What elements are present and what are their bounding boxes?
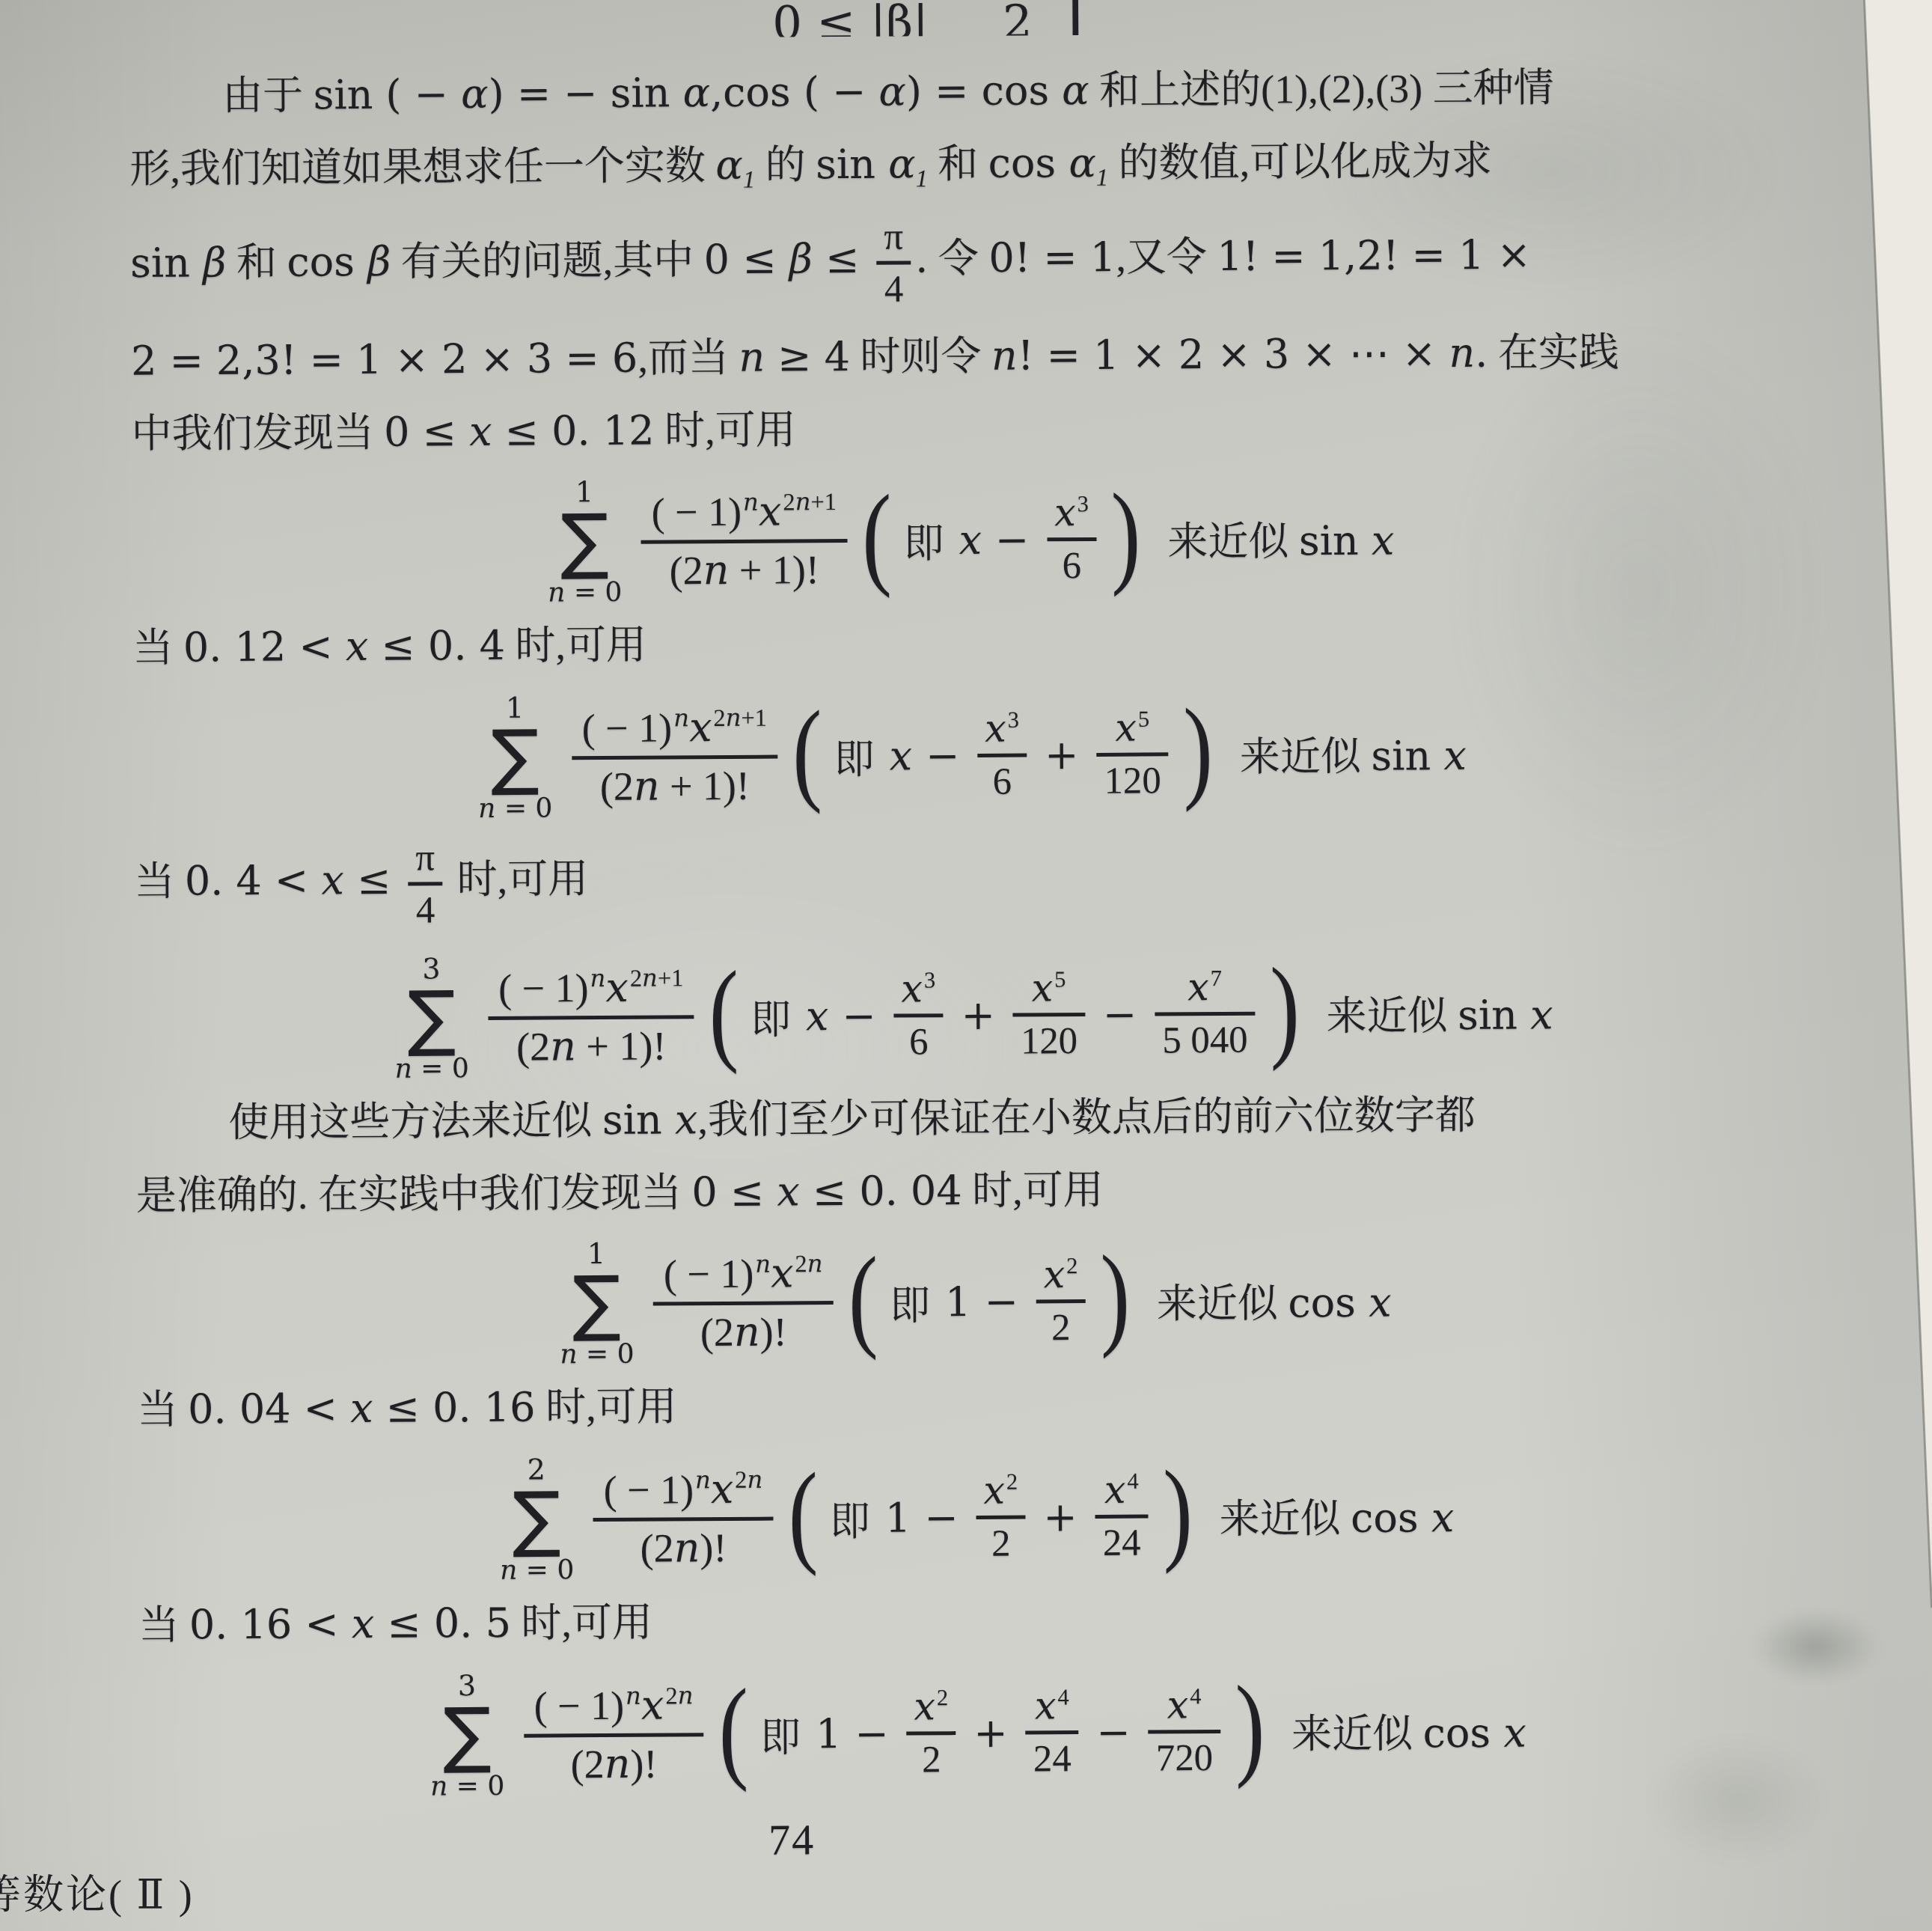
fraction: x22 <box>1036 1253 1086 1349</box>
fraction-bar <box>876 261 911 265</box>
fraction-bar <box>1036 1299 1086 1303</box>
exponent: 7 <box>1211 967 1222 991</box>
fraction-bar <box>894 1014 944 1018</box>
math-text: sin α <box>816 140 916 188</box>
fraction-numerator: π <box>408 836 442 879</box>
math-text: x <box>806 992 829 1040</box>
paren-label: 即 <box>903 511 944 569</box>
fraction-numerator: x4 <box>1027 1684 1077 1728</box>
book-title-footer: 等数论( Ⅱ ) <box>0 1863 195 1921</box>
fraction-numerator: x3 <box>977 707 1027 751</box>
subscript: 1 <box>743 166 755 193</box>
expanded-terms: 1−x22+x424−x4720 <box>816 1683 1226 1782</box>
clipped-formula-fragment: 0 ≤ |β| 2 | <box>772 0 1251 37</box>
fraction-denominator: 120 <box>1096 760 1168 803</box>
paragraph1-line4: 2 = 2,3! = 1 × 2 × 3 = 6,而当 n ≥ 4 时则令 n!… <box>131 326 1838 387</box>
fraction-bar <box>488 1015 694 1020</box>
fragment-bar: | <box>1063 0 1088 37</box>
math-text: x <box>959 516 982 564</box>
exponent: n <box>673 705 689 731</box>
condition-line-1: 当 0. 12 < x ≤ 0. 4 时,可用 <box>132 612 1840 674</box>
chinese-text: 来近似 <box>1167 519 1299 564</box>
fraction: x22 <box>906 1685 956 1781</box>
fraction-bar <box>593 1516 774 1521</box>
formula-sin-approx-1: 1∑n = 0( − 1)nx2n+1(2n + 1)!(即x−x36)来近似 … <box>132 470 1810 608</box>
math-text: 0! = 1 <box>988 234 1116 281</box>
approx-target: 来近似 cos x <box>1157 1270 1392 1329</box>
math-text: cos x <box>1351 1494 1454 1542</box>
chinese-text: ,我们至少可保证在小数点后的前六位数字都 <box>697 1093 1476 1142</box>
fraction-denominator: (2n + 1)! <box>590 761 761 811</box>
chinese-text: 的 <box>755 142 816 187</box>
condition-line-4: 当 0. 16 < x ≤ 0. 5 时,可用 <box>138 1590 1846 1651</box>
general-term-fraction: ( − 1)nx2n+1(2n + 1)! <box>488 964 694 1072</box>
math-text: 0. 4 < x ≤ <box>185 856 404 905</box>
math-text: n ≥ 4 <box>739 333 850 381</box>
fraction-numerator: x2 <box>1036 1253 1085 1297</box>
paragraph1-line1: 由于 sin ( − α) = − sin α,cos ( − α) = cos… <box>129 61 1837 122</box>
fraction-numerator: x7 <box>1180 965 1229 1010</box>
fraction: x75 040 <box>1155 965 1256 1062</box>
exponent: n <box>626 1683 641 1709</box>
chinese-text: 时则令 <box>850 334 991 379</box>
chinese-text: 令 <box>928 236 988 281</box>
general-term-fraction: ( − 1)nx2n(2n)! <box>523 1681 704 1789</box>
paren-label: 即 <box>751 987 791 1045</box>
chinese-text: 来近似 <box>1327 993 1458 1039</box>
math-text: 0. 16 < x ≤ 0. 5 <box>189 1599 511 1649</box>
fraction-bar <box>641 539 847 544</box>
fraction: x36 <box>977 707 1027 803</box>
math-text: 0 ≤ x ≤ 0. 04 <box>691 1167 962 1215</box>
general-term-fraction: ( − 1)nx2n+1(2n + 1)! <box>572 704 778 811</box>
paren-label: 即 <box>830 1489 870 1546</box>
sum-lower-limit: n = 0 <box>478 795 552 823</box>
fraction-denominator: 2 <box>984 1522 1018 1566</box>
fraction-numerator: x4 <box>1159 1683 1208 1727</box>
operator: + <box>973 1709 1008 1756</box>
exponent: 2 <box>1066 1254 1077 1278</box>
paragraph1-line5: 中我们发现当 0 ≤ x ≤ 0. 12 时,可用 <box>131 398 1838 460</box>
exponent: 3 <box>1008 709 1019 733</box>
chinese-text: 时,可用 <box>654 407 795 453</box>
formula-sin-approx-2: 1∑n = 0( − 1)nx2n+1(2n + 1)!(即x−x36+x512… <box>133 686 1812 825</box>
fraction-denominator: 24 <box>1026 1737 1079 1781</box>
operator: − <box>924 1494 959 1541</box>
exponent: 2n <box>735 1467 762 1493</box>
fraction-denominator: (2n)! <box>690 1308 798 1357</box>
math-text: cos α <box>988 138 1096 186</box>
fraction-bar <box>1013 1013 1085 1017</box>
fraction-bar <box>1149 1730 1220 1734</box>
expanded-terms: 1−x22+x424 <box>885 1468 1153 1566</box>
sigma-icon: ∑ <box>491 727 539 788</box>
math-text: α <box>715 141 743 188</box>
operator: + <box>1043 1493 1077 1540</box>
fraction-denominator: 4 <box>877 268 911 311</box>
fraction: x424 <box>1095 1468 1149 1564</box>
chinese-text: ,而当 <box>638 335 739 381</box>
math-text: sin ( − α) = − sin α,cos ( − α) = cos α <box>313 67 1089 118</box>
math-text: sin x <box>1458 991 1553 1039</box>
sum-lower-limit: n = 0 <box>500 1557 574 1584</box>
fraction-denominator: 6 <box>902 1021 936 1064</box>
math-text: 2 = 2,3! = 1 × 2 × 3 = 6 <box>131 335 638 385</box>
fraction-denominator: (2n)! <box>560 1739 668 1789</box>
paragraph1-line3: sin β 和 cos β 有关的问题,其中 0 ≤ β ≤ π4. 令 0! … <box>130 210 1838 316</box>
fraction-bar <box>907 1731 956 1735</box>
fraction-denominator: 6 <box>985 760 1020 804</box>
operator: − <box>984 1278 1018 1325</box>
math-text: 0 ≤ β ≤ <box>704 235 872 283</box>
exponent: n <box>695 1467 711 1493</box>
chinese-text: 和 <box>928 141 988 186</box>
fraction-numerator: ( − 1)nx2n+1 <box>572 704 778 753</box>
operator: − <box>1103 991 1137 1038</box>
math-text: 1 <box>816 1710 842 1757</box>
exponent: 5 <box>1138 708 1149 732</box>
approx-target: 来近似 sin x <box>1326 983 1553 1042</box>
math-text: sin x <box>1371 732 1467 780</box>
expanded-terms: 1−x22 <box>945 1253 1090 1350</box>
paren-label: 即 <box>760 1705 801 1763</box>
exponent: 2 <box>937 1686 948 1710</box>
fraction: x424 <box>1025 1684 1079 1781</box>
fraction-denominator: 2 <box>914 1738 949 1781</box>
fraction-denominator: (2n)! <box>629 1524 737 1573</box>
operator: + <box>961 992 995 1039</box>
fraction-numerator: x3 <box>1047 491 1096 535</box>
formula-cos-approx-3: 3∑n = 0( − 1)nx2n(2n)!(即1−x22+x424−x4720… <box>139 1664 1818 1802</box>
sigma-icon: ∑ <box>513 1489 561 1550</box>
fraction-numerator: π <box>876 215 911 258</box>
fraction-denominator: 2 <box>1044 1306 1078 1349</box>
formula-cos-approx-1: 1∑n = 0( − 1)nx2n(2n)!(即1−x22)来近似 cos x <box>136 1232 1815 1370</box>
exponent: 2n+1 <box>713 705 767 731</box>
fraction-numerator: ( − 1)nx2n <box>593 1465 773 1515</box>
fraction-bar <box>976 1516 1026 1519</box>
exponent: 2n <box>795 1251 822 1277</box>
chinese-text: 当 <box>134 859 185 904</box>
math-text: sin β <box>130 239 227 287</box>
fraction: x22 <box>976 1468 1026 1565</box>
fraction-denominator: 24 <box>1095 1522 1149 1565</box>
fraction-denominator: 6 <box>1055 544 1089 588</box>
fraction-bar <box>572 754 777 760</box>
fraction-numerator: x2 <box>906 1685 956 1729</box>
chinese-text: 来近似 <box>1220 1496 1351 1542</box>
exponent: 4 <box>1190 1685 1201 1709</box>
operator: − <box>842 992 876 1040</box>
fraction: x5120 <box>1012 966 1085 1063</box>
chinese-text: 时,可用 <box>962 1168 1104 1213</box>
math-text: 0. 04 < x ≤ 0. 16 <box>188 1383 536 1433</box>
math-text: n! = 1 × 2 × 3 × ⋯ × n. <box>991 329 1488 379</box>
sum-lower-limit: n = 0 <box>548 579 622 607</box>
chinese-text: 使用这些方法来近似 <box>228 1098 602 1145</box>
expanded-terms: x−x36 <box>959 491 1101 588</box>
math-text: sin x <box>602 1096 698 1144</box>
chinese-text: 形,我们知道如果想求任一个实数 <box>129 143 715 192</box>
exponent: 4 <box>1057 1686 1069 1709</box>
general-term-fraction: ( − 1)nx2n(2n)! <box>653 1249 834 1357</box>
math-text: x <box>889 732 912 779</box>
fraction-numerator: x5 <box>1107 706 1157 750</box>
math-text: 1 <box>885 1494 911 1541</box>
sum-lower-limit: n = 0 <box>395 1055 469 1083</box>
fraction: x36 <box>893 967 944 1064</box>
exponent: 4 <box>1127 1470 1138 1494</box>
formula-sin-approx-3: 3∑n = 0( − 1)nx2n+1(2n + 1)!(即x−x36+x512… <box>135 946 1813 1085</box>
math-text: cos x <box>1422 1709 1526 1757</box>
fraction-denominator: 4 <box>409 889 443 933</box>
fraction-bar <box>408 882 442 886</box>
chinese-text: 时,可用 <box>535 1384 676 1430</box>
fragment-number: 2 <box>1003 0 1033 37</box>
paren-label: 即 <box>834 727 874 785</box>
sum-lower-limit: n = 0 <box>430 1773 504 1801</box>
formula-cos-approx-2: 2∑n = 0( − 1)nx2n(2n)!(即1−x22+x424)来近似 c… <box>138 1448 1816 1586</box>
chinese-text: 来近似 <box>1157 1281 1288 1326</box>
fraction-bar <box>1026 1730 1079 1734</box>
subscript: 1 <box>1096 164 1108 191</box>
exponent: 2n+1 <box>783 489 837 515</box>
fraction: π4 <box>408 836 442 932</box>
chinese-text: 来近似 <box>1291 1711 1423 1757</box>
chinese-text: ,又令 <box>1116 234 1217 280</box>
chinese-text: 时,可用 <box>511 1600 652 1646</box>
fraction-bar <box>1155 1012 1255 1016</box>
exponent: n <box>590 965 605 992</box>
math-text: 0 ≤ x ≤ 0. 12 <box>384 406 655 455</box>
chinese-text: 当 <box>132 625 183 670</box>
operator: + <box>1045 731 1079 778</box>
exponent: 5 <box>1054 968 1066 992</box>
expanded-terms: x−x36+x5120−x75 040 <box>806 965 1260 1064</box>
operator: − <box>995 516 1030 563</box>
fraction-numerator: ( − 1)nx2n+1 <box>488 964 694 1013</box>
operator: − <box>855 1709 889 1757</box>
fraction-numerator: ( − 1)nx2n <box>653 1249 834 1299</box>
fraction: x5120 <box>1096 706 1169 802</box>
chinese-text: 由于 <box>222 73 314 118</box>
sigma-icon: ∑ <box>443 1704 492 1766</box>
approx-target: 来近似 cos x <box>1219 1486 1454 1545</box>
operator: − <box>926 732 960 779</box>
math-text: 1! = 1,2! = 1 × <box>1217 231 1531 280</box>
chinese-text: 时,可用 <box>447 856 588 902</box>
general-term-fraction: ( − 1)nx2n(2n)! <box>593 1465 774 1573</box>
fraction-denominator: (2n + 1)! <box>659 546 831 595</box>
expanded-terms: x−x36+x5120 <box>889 706 1173 804</box>
chinese-text: 当 <box>137 1387 188 1432</box>
chinese-text: 来近似 <box>1240 733 1372 779</box>
math-text: . <box>915 234 929 281</box>
fraction-numerator: ( − 1)nx2n+1 <box>641 487 847 537</box>
sigma-icon: ∑ <box>572 1272 621 1334</box>
page-content: 0 ≤ |β| 2 | 由于 sin ( − α) = − sin α,cos … <box>0 0 1932 1931</box>
exponent: n <box>755 1251 771 1277</box>
exponent: n <box>743 489 759 516</box>
sigma-sum: 1∑n = 0 <box>477 694 552 823</box>
chinese-text: 和上述的(1),(2),(3) 三种情 <box>1089 65 1554 113</box>
exponent: 2n <box>665 1683 693 1709</box>
chinese-text: 的数值,可以化成为求 <box>1108 138 1492 185</box>
math-text: cos β <box>287 238 391 286</box>
exponent: 3 <box>924 969 935 993</box>
sigma-icon: ∑ <box>407 987 456 1049</box>
chinese-text: 和 <box>226 240 287 285</box>
sigma-sum: 2∑n = 0 <box>499 1456 574 1584</box>
fragment-left: 0 ≤ |β| <box>772 0 929 37</box>
sigma-sum: 3∑n = 0 <box>394 954 469 1083</box>
fraction-denominator: 120 <box>1013 1019 1085 1063</box>
approx-target: 来近似 sin x <box>1167 508 1394 567</box>
sigma-sum: 1∑n = 0 <box>547 478 622 606</box>
approx-target: 来近似 cos x <box>1291 1700 1526 1760</box>
chinese-text: 有关的问题,其中 <box>391 237 704 284</box>
math-text: cos x <box>1288 1278 1391 1326</box>
fraction-numerator: ( − 1)nx2n <box>523 1681 703 1730</box>
fraction-numerator: x4 <box>1097 1468 1146 1512</box>
exponent: 3 <box>1077 492 1088 516</box>
paragraph2-line2: 是准确的. 在实践中我们发现当 0 ≤ x ≤ 0. 04 时,可用 <box>136 1160 1844 1221</box>
sigma-icon: ∑ <box>560 510 609 572</box>
chinese-text: 在实践 <box>1488 330 1619 376</box>
chinese-text: 中我们发现当 <box>131 410 384 457</box>
condition-line-2: 当 0. 4 < x ≤ π4 时,可用 <box>134 828 1842 934</box>
chinese-text: 时,可用 <box>505 623 646 668</box>
fraction-denominator: (2n + 1)! <box>506 1022 677 1071</box>
fraction-bar <box>1095 1515 1149 1519</box>
exponent: 2n+1 <box>630 965 684 992</box>
subscript: 1 <box>916 165 928 192</box>
sigma-sum: 1∑n = 0 <box>559 1239 634 1368</box>
general-term-fraction: ( − 1)nx2n+1(2n + 1)! <box>641 487 847 595</box>
fraction-numerator: x2 <box>976 1468 1025 1513</box>
fraction-bar <box>1047 537 1096 541</box>
paragraph2-line1: 使用这些方法来近似 sin x,我们至少可保证在小数点后的前六位数字都 <box>135 1087 1843 1149</box>
chinese-text: 当 <box>138 1602 189 1647</box>
paragraph1-line2: 形,我们知道如果想求任一个实数 α1 的 sin α1 和 cos α1 的数值… <box>129 132 1837 198</box>
fraction: x4720 <box>1148 1683 1220 1780</box>
fraction: π4 <box>876 215 911 311</box>
fraction-bar <box>1096 753 1168 757</box>
operator: − <box>1096 1708 1131 1755</box>
fraction-numerator: x3 <box>893 967 943 1011</box>
math-text: sin x <box>1299 516 1395 564</box>
fraction-numerator: x5 <box>1024 966 1074 1010</box>
math-text: 1 <box>945 1278 971 1326</box>
sigma-sum: 3∑n = 0 <box>429 1671 504 1800</box>
fraction-denominator: 5 040 <box>1155 1019 1256 1062</box>
chinese-text: 是准确的. 在实践中我们发现当 <box>136 1170 692 1218</box>
page-number: 74 <box>0 1810 1645 1870</box>
fraction-denominator: 720 <box>1149 1736 1220 1780</box>
fraction-bar <box>977 754 1027 757</box>
photo-of-book-page: { "colors":{"paper":"#c9cac4","paper_dar… <box>0 0 1932 1931</box>
fraction-bar <box>524 1733 704 1737</box>
exponent: 2 <box>1006 1471 1018 1495</box>
fraction-bar <box>653 1301 834 1305</box>
condition-line-3: 当 0. 04 < x ≤ 0. 16 时,可用 <box>137 1374 1844 1436</box>
paren-label: 即 <box>890 1273 930 1331</box>
fraction: x36 <box>1047 491 1097 588</box>
math-text: 0. 12 < x ≤ 0. 4 <box>183 622 505 671</box>
approx-target: 来近似 sin x <box>1240 724 1467 783</box>
sum-lower-limit: n = 0 <box>560 1341 634 1369</box>
